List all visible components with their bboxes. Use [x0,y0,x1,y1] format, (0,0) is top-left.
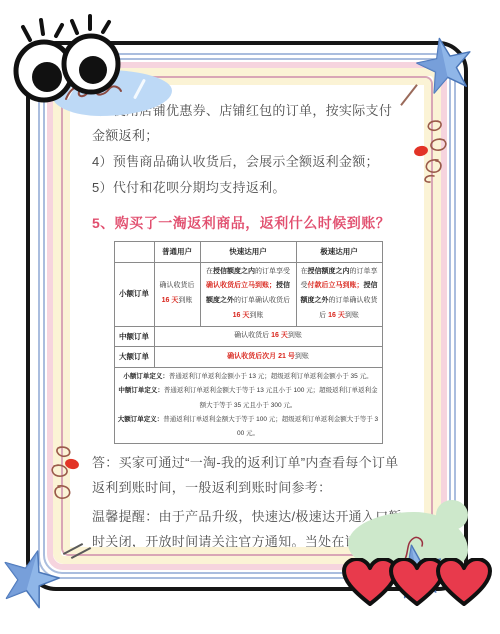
row-label: 大额订单 [114,347,154,368]
rebate-table: 普通用户快速达用户极速达用户 小额订单确认收货后 16 天到账在授信额度之内的订… [114,241,383,444]
answer-paragraph: 答：买家可通过“一淘-我的返利订单”内查看每个订单返利到账时间，一般返利到账时间… [92,450,404,500]
star-icon [411,31,480,100]
table-cell: 确认收货后次月 21 号到账 [154,347,382,368]
border-ring-blue-outer: 3）使用店铺优惠券、店铺红包的订单，按实际支付金额返利； 4）预售商品确认收货后… [38,53,456,579]
definition-line: 中额订单定义：普通返利订单返利金额大于等于 13 元且小于 100 元；超级返利… [118,384,379,413]
table-row: 大额订单确认收货后次月 21 号到账 [114,347,382,368]
table-header-cell: 普通用户 [154,242,200,263]
border-band-yellow: 3）使用店铺优惠券、店铺红包的订单，按实际支付金额返利； 4）预售商品确认收货后… [53,68,441,564]
table-cell: 在授信额度之内的订单享受确认收货后立马到账；授信额度之外的订单确认收货后 16 … [200,262,296,326]
table-cell: 确认收货后 16 天到账 [154,326,382,347]
cloud-highlight [133,79,146,100]
intro-item-4: 4）预售商品确认收货后，会展示全额返利金额； [92,149,404,174]
table-row: 中额订单确认收货后 16 天到账 [114,326,382,347]
table-cell: 在授信额度之内的订单享受付款后立马到账；授信额度之外的订单确认收货后 16 天到… [296,262,382,326]
definitions-row: 小额订单定义：普通返利订单返利金额小于 13 元；超级返利订单返利金额小于 35… [114,368,382,444]
table-header-cell: 快速达用户 [200,242,296,263]
definitions-cell: 小额订单定义：普通返利订单返利金额小于 13 元；超级返利订单返利金额小于 35… [114,368,382,444]
scribble-face-icon [410,118,450,184]
scribble-face-icon [44,444,86,506]
definition-line: 大额订单定义：普通返利订单返利金额大于等于 100 元；超级返利订单返利金额大于… [118,413,379,442]
table-cell: 确认收货后 16 天到账 [154,262,200,326]
reminder-label: 温馨提醒： [92,509,159,524]
heart-icon [436,558,492,608]
hearts-row [342,558,492,608]
row-label: 中额订单 [114,326,154,347]
border-ring-blue-inner: 3）使用店铺优惠券、店铺红包的订单，按实际支付金额返利； 4）预售商品确认收货后… [43,58,451,574]
poster-frame: 3）使用店铺优惠券、店铺红包的订单，按实际支付金额返利； 4）预售商品确认收货后… [26,41,468,591]
table-header-row: 普通用户快速达用户极速达用户 [114,242,382,263]
intro-item-5: 5）代付和花呗分期均支持返利。 [92,175,404,200]
row-label: 小额订单 [114,262,154,326]
content-area: 3）使用店铺优惠券、店铺红包的订单，按实际支付金额返利； 4）预售商品确认收货后… [70,85,424,547]
border-band-cream: 3）使用店铺优惠券、店铺红包的订单，按实际支付金额返利； 4）预售商品确认收货后… [63,78,431,554]
table-row: 小额订单确认收货后 16 天到账在授信额度之内的订单享受确认收货后立马到账；授信… [114,262,382,326]
table-corner-cell [114,242,154,263]
table-header-cell: 极速达用户 [296,242,382,263]
definition-line: 小额订单定义：普通返利订单返利金额小于 13 元；超级返利订单返利金额小于 35… [118,370,379,384]
border-band-pink: 3）使用店铺优惠券、店铺红包的订单，按实际支付金额返利； 4）预售商品确认收货后… [47,62,447,570]
question-title: 5、购买了一淘返利商品，返利什么时候到账？ [92,213,404,233]
border-line-pink: 3）使用店铺优惠券、店铺红包的订单，按实际支付金额返利； 4）预售商品确认收货后… [61,76,433,556]
googly-eyes-icon [10,14,124,112]
green-blob [436,500,468,530]
